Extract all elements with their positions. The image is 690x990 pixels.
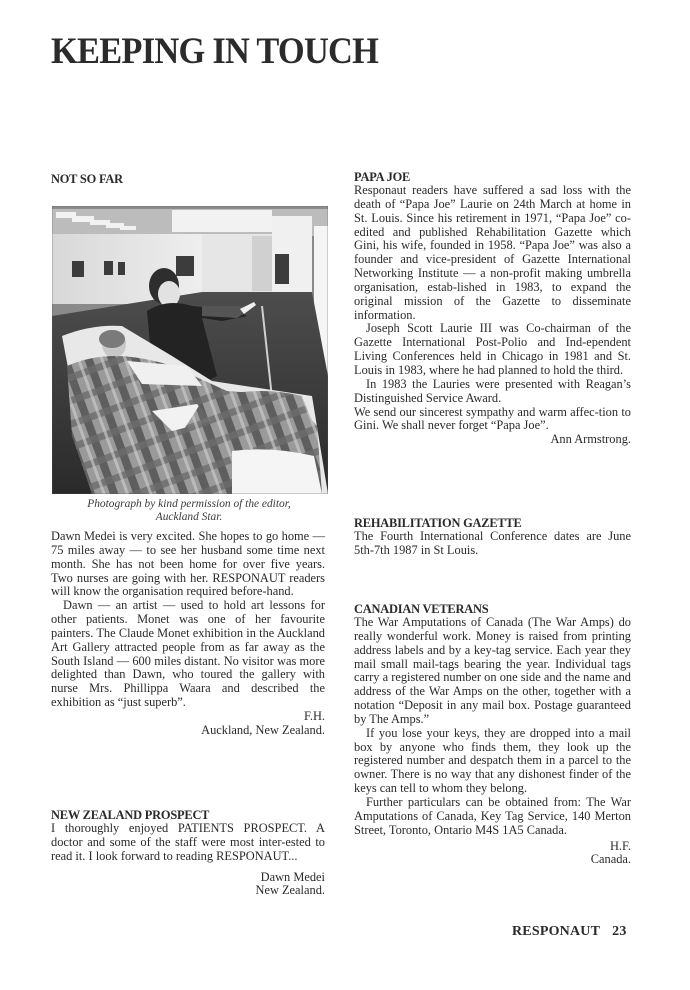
article-location: Canada. bbox=[354, 853, 631, 867]
caption-line: Auckland Star. bbox=[51, 511, 327, 524]
article-rehabilitation-gazette: REHABILITATION GAZETTE The Fourth Intern… bbox=[354, 516, 631, 558]
photo-illustration bbox=[52, 206, 328, 494]
article-paragraph: I thoroughly enjoyed PATIENTS PROSPECT. … bbox=[51, 822, 325, 864]
page-footer: RESPONAUT23 bbox=[512, 924, 627, 940]
gallery-photograph bbox=[52, 206, 328, 494]
article-papa-joe: PAPA JOE Responaut readers have suffered… bbox=[354, 170, 631, 447]
article-paragraph: Further particulars can be obtained from… bbox=[354, 796, 631, 838]
article-signature: F.H. bbox=[51, 710, 325, 724]
article-paragraph: The War Amputations of Canada (The War A… bbox=[354, 616, 631, 727]
photo-caption: Photograph by kind permission of the edi… bbox=[51, 498, 327, 524]
article-signature: Dawn Medei bbox=[51, 871, 325, 885]
article-heading: NEW ZEALAND PROSPECT bbox=[51, 808, 325, 822]
article-heading: NOT SO FAR bbox=[51, 172, 325, 186]
article-not-so-far: NOT SO FAR bbox=[51, 172, 325, 186]
article-new-zealand-prospect: NEW ZEALAND PROSPECT I thoroughly enjoye… bbox=[51, 808, 325, 898]
article-signature: H.F. bbox=[354, 840, 631, 854]
publication-name: RESPONAUT bbox=[512, 924, 600, 939]
article-paragraph: Responaut readers have suffered a sad lo… bbox=[354, 184, 631, 322]
article-paragraph: If you lose your keys, they are dropped … bbox=[354, 727, 631, 796]
article-heading: REHABILITATION GAZETTE bbox=[354, 516, 631, 530]
article-location: New Zealand. bbox=[51, 884, 325, 898]
article-canadian-veterans: CANADIAN VETERANS The War Amputations of… bbox=[354, 602, 631, 867]
article-heading: CANADIAN VETERANS bbox=[354, 602, 631, 616]
left-column: NOT SO FAR Dawn Medei is very excited. S… bbox=[51, 0, 325, 990]
caption-line: Photograph by kind permission of the edi… bbox=[51, 498, 327, 511]
article-signature: Ann Armstrong. bbox=[354, 433, 631, 447]
article-paragraph: Joseph Scott Laurie III was Co-chairman … bbox=[354, 322, 631, 377]
article-not-so-far-body: Dawn Medei is very excited. She hopes to… bbox=[51, 530, 325, 738]
page-number: 23 bbox=[612, 924, 626, 939]
article-paragraph: In 1983 the Lauries were presented with … bbox=[354, 378, 631, 406]
article-heading: PAPA JOE bbox=[354, 170, 631, 184]
article-paragraph: The Fourth International Conference date… bbox=[354, 530, 631, 558]
article-paragraph: We send our sincerest sympathy and warm … bbox=[354, 406, 631, 434]
article-location: Auckland, New Zealand. bbox=[51, 724, 325, 738]
article-paragraph: Dawn Medei is very excited. She hopes to… bbox=[51, 530, 325, 599]
right-column: PAPA JOE Responaut readers have suffered… bbox=[354, 0, 631, 990]
article-paragraph: Dawn — an artist — used to hold art less… bbox=[51, 599, 325, 710]
